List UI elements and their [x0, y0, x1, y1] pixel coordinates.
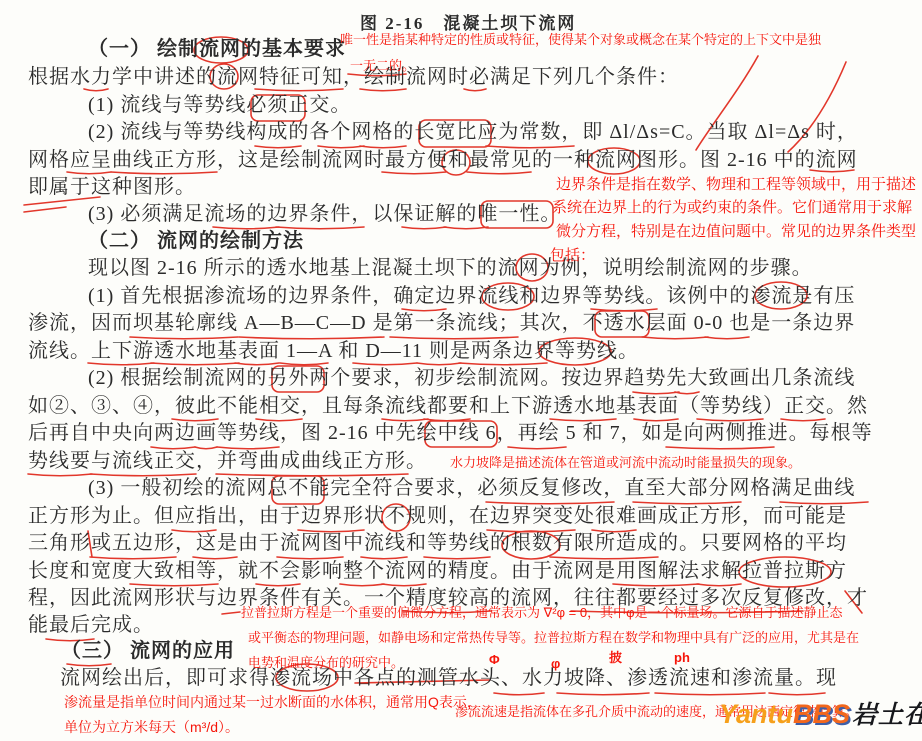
body-line: 能最后完成。	[28, 614, 154, 637]
watermark-site-name: 岩土在线	[852, 701, 922, 729]
note-boundary-line1: 边界条件是指在数学、物理和工程等领域中，用于描述	[556, 177, 916, 193]
figure-caption: 图 2-16 混凝土坝下流网	[360, 9, 576, 34]
body-line: 如②、③、④，彼此不能相交，且每条流线都要和上下游透水地基表面（等势线）正交。然	[28, 395, 868, 418]
watermark-yantu: Yantu	[719, 699, 793, 729]
body-line: 三角形或五边形，这是由于流网图中流线和等势线的根数有限所造成的。只要网格的平均	[28, 532, 847, 555]
document-page: 图 2-16 混凝土坝下流网 （一） 绘制流网的基本要求 根据水力学中讲述的流网…	[0, 0, 922, 741]
body-line: (3) 一般初绘的流网总不能完全符合要求，必须反复修改，直至大部分网格满足曲线	[88, 477, 855, 500]
watermark-bbs: BBS	[793, 699, 850, 729]
note-boundary-line3: 微分方程，特别是在边值问题中。常见的边界条件类型	[556, 224, 916, 240]
body-line: 即属于这种图形。	[28, 176, 196, 199]
superscript-phi: φ	[551, 656, 560, 671]
heading-application: （三） 流网的应用	[61, 640, 235, 663]
note-laplace-line1: 拉普拉斯方程是一个重要的偏微分方程，通常表示为 ∇²φ = 0，其中φ是一个标量…	[241, 605, 843, 621]
body-line: 流网绘出后，即可求得渗流场中各点的测管水头、水力坡降、渗透流速和渗流量。现	[60, 667, 837, 690]
body-line: (2) 流线与等势线构成的各个网格的长宽比应为常数，即 Δl/Δs=C。当取 Δ…	[88, 121, 858, 144]
note-discharge-line1: 渗流量是指单位时间内通过某一过水断面的水体积，通常用Q表示，	[64, 694, 481, 710]
superscript-phi-cap: Φ	[489, 652, 500, 667]
body-line: 网格应呈曲线正方形，这是绘制流网时最方便和最常见的一种流网图形。图 2-16 中…	[28, 149, 858, 172]
note-boundary-line2: 系统在边界上的行为或约束的条件。它们通常用于求解	[552, 200, 912, 216]
body-line: (3) 必须满足流场的边界条件，以保证解的唯一性。	[88, 203, 561, 226]
heading-drawing-method: （二） 流网的绘制方法	[88, 230, 304, 253]
body-line: 后再自中央向两边画等势线，图 2-16 中先绘中线 6，再绘 5 和 7，如是向…	[28, 422, 873, 445]
body-line: (1) 首先根据渗流场的边界条件，确定边界流线和边界等势线。该例中的渗流是有压	[88, 285, 855, 308]
superscript-ph: ph	[674, 650, 690, 665]
superscript-po: 披	[609, 647, 622, 666]
note-boundary-line4: 包括：	[550, 248, 595, 264]
body-line: 势线要与流线正交，并弯曲成曲线正方形。	[28, 450, 427, 473]
body-line: (1) 流线与等势线必须正交。	[88, 94, 351, 117]
note-discharge-line2: 单位为立方米每天（m³/d）。	[64, 719, 239, 735]
note-hydraulic-gradient: 水力坡降是描述流体在管道或河流中流动时能量损失的现象。	[450, 455, 801, 471]
body-line: 现以图 2-16 所示的透水地基上混凝土坝下的流网为例，说明绘制流网的步骤。	[88, 257, 813, 280]
body-line: 流线。上下游透水地基表面 1—A 和 D—11 则是两条边界等势线。	[28, 340, 639, 363]
body-line: 渗流，因而坝基轮廓线 A—B—C—D 是第一条流线；其次，不透水层面 0-0 也…	[28, 312, 855, 335]
body-line: 正方形为止。但应指出，由于边界形状不规则，在边界突变处很难画成正方形，而可能是	[28, 505, 847, 528]
body-line: 长度和宽度大致相等，就不会影响整个流网的精度。由于流网是用图解法求解拉普拉斯方	[28, 560, 847, 583]
note-uniqueness-line2: 一无二的。	[350, 58, 415, 74]
watermark-logo: YantuBBS岩土在线	[719, 695, 922, 731]
note-laplace-line3: 电势和温度分布的研究中。	[248, 655, 404, 671]
body-line: (2) 根据绘制流网的另外两个要求，初步绘制流网。按边界趋势先大致画出几条流线	[88, 367, 855, 390]
note-laplace-line2: 或平衡态的物理问题，如静电场和定常热传导等。拉普拉斯方程在数学和物理中具有广泛的…	[248, 630, 859, 646]
note-uniqueness-line1: 唯一性是指某种特定的性质或特征，使得某个对象或概念在某个特定的上下文中是独	[340, 32, 821, 48]
heading-requirements: （一） 绘制流网的基本要求	[88, 38, 346, 61]
